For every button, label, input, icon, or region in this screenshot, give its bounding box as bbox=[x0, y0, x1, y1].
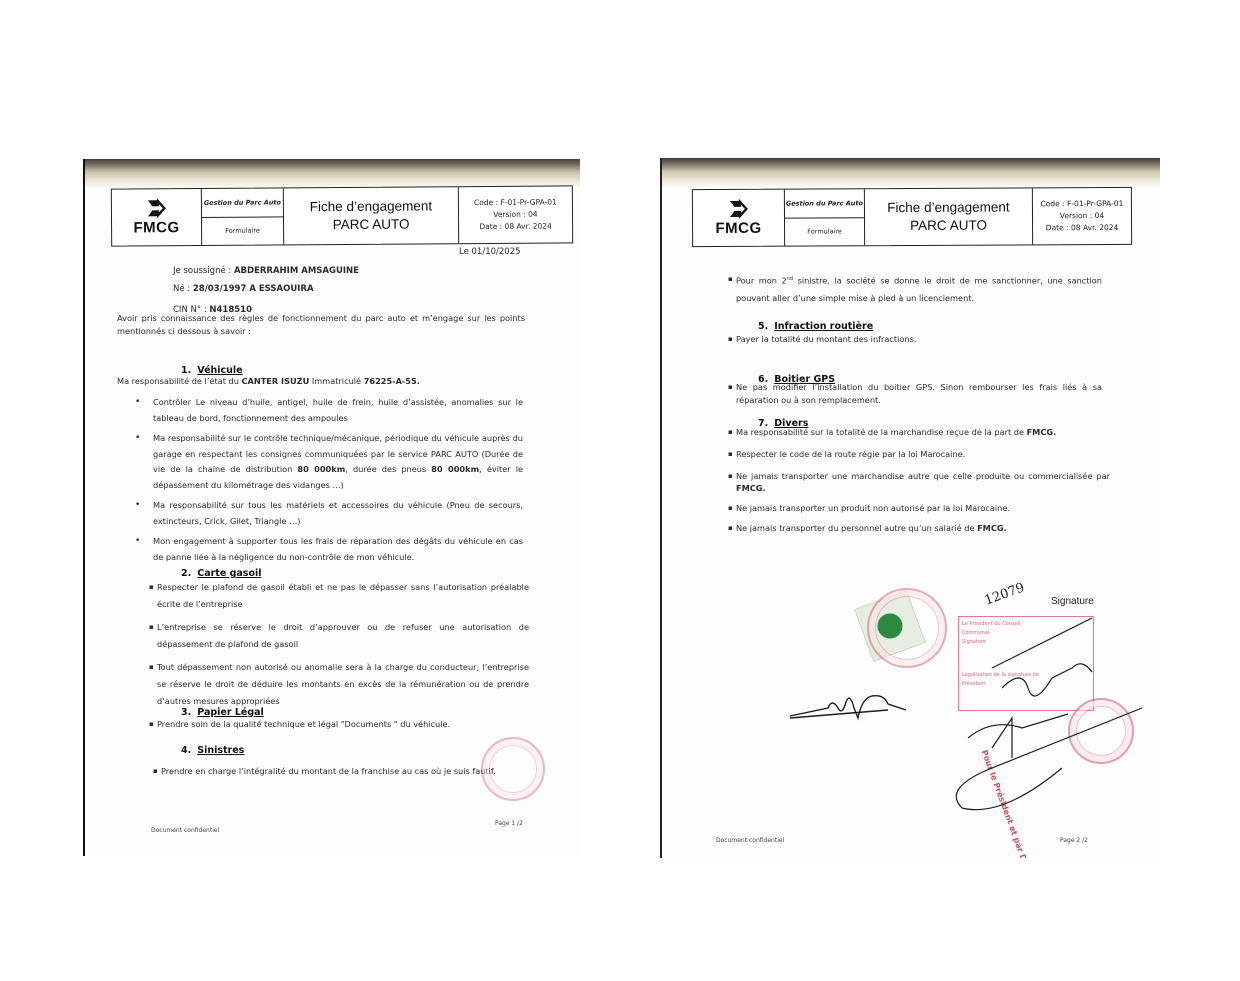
handwritten-number: 12079 bbox=[983, 581, 1026, 607]
logo-text: FMCG bbox=[715, 220, 761, 237]
lead-prefix: Ma responsabilité de l’état du bbox=[117, 376, 242, 386]
document-header: FMCG Gestion du Parc Auto Formulaire Fic… bbox=[692, 187, 1132, 247]
list-item: Respecter le plafond de gasoil établi et… bbox=[151, 579, 529, 613]
arrow-logo-icon bbox=[143, 198, 169, 218]
section-title-text: Sinistres bbox=[197, 745, 244, 756]
document-page-1: FMCG Gestion du Parc Auto Formulaire Fic… bbox=[83, 159, 580, 856]
list-item: Contrôler Le niveau d’huile, antigel, hu… bbox=[125, 395, 523, 426]
papier-legal-list: Prendre soin de la qualité technique et … bbox=[151, 716, 535, 739]
title-line-2: PARC AUTO bbox=[910, 217, 987, 235]
header-title: Fiche d’engagement PARC AUTO bbox=[865, 188, 1033, 245]
gps-list: Ne pas modifier l’installation du boitie… bbox=[730, 381, 1102, 413]
list-item: Respecter le code de la route régie par … bbox=[730, 448, 1110, 460]
birth-label: Né : bbox=[173, 284, 190, 294]
doc-date: Date : 08 Avr. 2024 bbox=[1046, 222, 1119, 234]
doc-version: Version : 04 bbox=[493, 209, 538, 221]
doc-version: Version : 04 bbox=[1060, 210, 1104, 222]
list-item: Prendre soin de la qualité technique et … bbox=[151, 716, 535, 733]
logo: FMCG bbox=[693, 190, 785, 246]
list-item: Ma responsabilité sur le contrôle techni… bbox=[125, 431, 523, 493]
header-meta: Code : F-01-Pr-GPA-01 Version : 04 Date … bbox=[1033, 188, 1131, 245]
list-item: Tout dépassement non autorisé ou anomali… bbox=[151, 659, 529, 710]
list-item: Ne pas modifier l’installation du boitie… bbox=[730, 381, 1102, 407]
list-item: Payer la totalité du montant des infract… bbox=[730, 331, 1114, 348]
section-number: 4. bbox=[181, 745, 191, 756]
list-item: Pour mon 2nd sinistre, la société se don… bbox=[730, 271, 1102, 307]
soussigne-label: Je soussigné : bbox=[173, 266, 231, 276]
divers-list: Ma responsabilité sur la totalité de la … bbox=[730, 426, 1110, 540]
logo: FMCG bbox=[112, 189, 202, 246]
list-item: Ma responsabilité sur la totalité de la … bbox=[730, 426, 1110, 438]
soussigne-line: Je soussigné : ABDERRAHIM AMSAGUINE bbox=[173, 265, 359, 278]
header-title: Fiche d’engagement PARC AUTO bbox=[284, 187, 459, 244]
lead-middle: Immatriculé bbox=[309, 376, 363, 386]
section-title-text: Carte gasoil bbox=[197, 568, 261, 579]
section-number: 2. bbox=[181, 568, 191, 579]
birth-value: 28/03/1997 A ESSAOUIRA bbox=[193, 284, 314, 294]
soussigne-value: ABDERRAHIM AMSAGUINE bbox=[234, 266, 359, 276]
document-header: FMCG Gestion du Parc Auto Formulaire Fic… bbox=[111, 185, 573, 246]
header-category: Gestion du Parc Auto Formulaire bbox=[785, 189, 865, 245]
date-line: Le 01/10/2025 bbox=[459, 246, 521, 259]
vehicle-plate: 76225-A-55. bbox=[364, 376, 420, 386]
list-item: Ne jamais transporter un produit non aut… bbox=[730, 502, 1110, 514]
title-line-2: PARC AUTO bbox=[333, 216, 410, 235]
scan-shadow bbox=[662, 158, 1160, 188]
page-number: Page 1 /2 bbox=[495, 817, 523, 830]
header-meta: Code : F-01-Pr-GPA-01 Version : 04 Date … bbox=[459, 186, 572, 243]
arrow-logo-icon bbox=[725, 199, 751, 219]
logo-text: FMCG bbox=[133, 219, 179, 236]
title-line-1: Fiche d’engagement bbox=[310, 197, 432, 216]
header-department: Gestion du Parc Auto bbox=[202, 188, 283, 217]
header-department: Gestion du Parc Auto bbox=[785, 189, 864, 218]
list-item: L’entreprise se réserve le droit d’appro… bbox=[151, 619, 529, 653]
infraction-list: Payer la totalité du montant des infract… bbox=[730, 331, 1114, 354]
header-category: Gestion du Parc Auto Formulaire bbox=[202, 188, 284, 245]
list-item: Mon engagement à supporter tous les frai… bbox=[125, 534, 523, 565]
vehicule-list: Contrôler Le niveau d’huile, antigel, hu… bbox=[125, 395, 523, 570]
list-item: Ne jamais transporter du personnel autre… bbox=[730, 522, 1110, 534]
footer-confidential: Document confidentiel bbox=[151, 824, 219, 837]
scan-shadow bbox=[85, 159, 580, 189]
header-doc-type: Formulaire bbox=[785, 218, 864, 246]
signature-label: Signature bbox=[1051, 595, 1094, 608]
title-line-1: Fiche d’engagement bbox=[887, 198, 1009, 217]
carte-gasoil-list: Respecter le plafond de gasoil établi et… bbox=[151, 579, 529, 716]
document-page-2: FMCG Gestion du Parc Auto Formulaire Fic… bbox=[660, 158, 1160, 858]
section-title-sinistres: 4.Sinistres bbox=[181, 744, 244, 757]
signature-left-icon bbox=[788, 678, 908, 728]
doc-code: Code : F-01-Pr-GPA-01 bbox=[474, 197, 557, 210]
footer-confidential: Document confidentiel bbox=[716, 834, 784, 847]
vehicule-lead: Ma responsabilité de l’état du CANTER IS… bbox=[117, 375, 517, 388]
intro-paragraph: Avoir pris connaissance des règles de fo… bbox=[117, 312, 525, 338]
birth-line: Né : 28/03/1997 A ESSAOUIRA bbox=[173, 283, 314, 296]
list-item: Ne jamais transporter une marchandise au… bbox=[730, 470, 1110, 494]
header-doc-type: Formulaire bbox=[202, 217, 283, 245]
signature-right-icon bbox=[932, 628, 1152, 818]
list-item: Ma responsabilité sur tous les matériels… bbox=[125, 498, 523, 529]
round-stamp bbox=[481, 737, 545, 801]
doc-date: Date : 08 Avr. 2024 bbox=[479, 221, 552, 234]
doc-code: Code : F-01-Pr-GPA-01 bbox=[1040, 198, 1123, 210]
sinistre-continued-list: Pour mon 2nd sinistre, la société se don… bbox=[730, 271, 1102, 313]
vehicle-model: CANTER ISUZU bbox=[242, 376, 310, 386]
page-number: Page 2 /2 bbox=[1060, 834, 1088, 847]
